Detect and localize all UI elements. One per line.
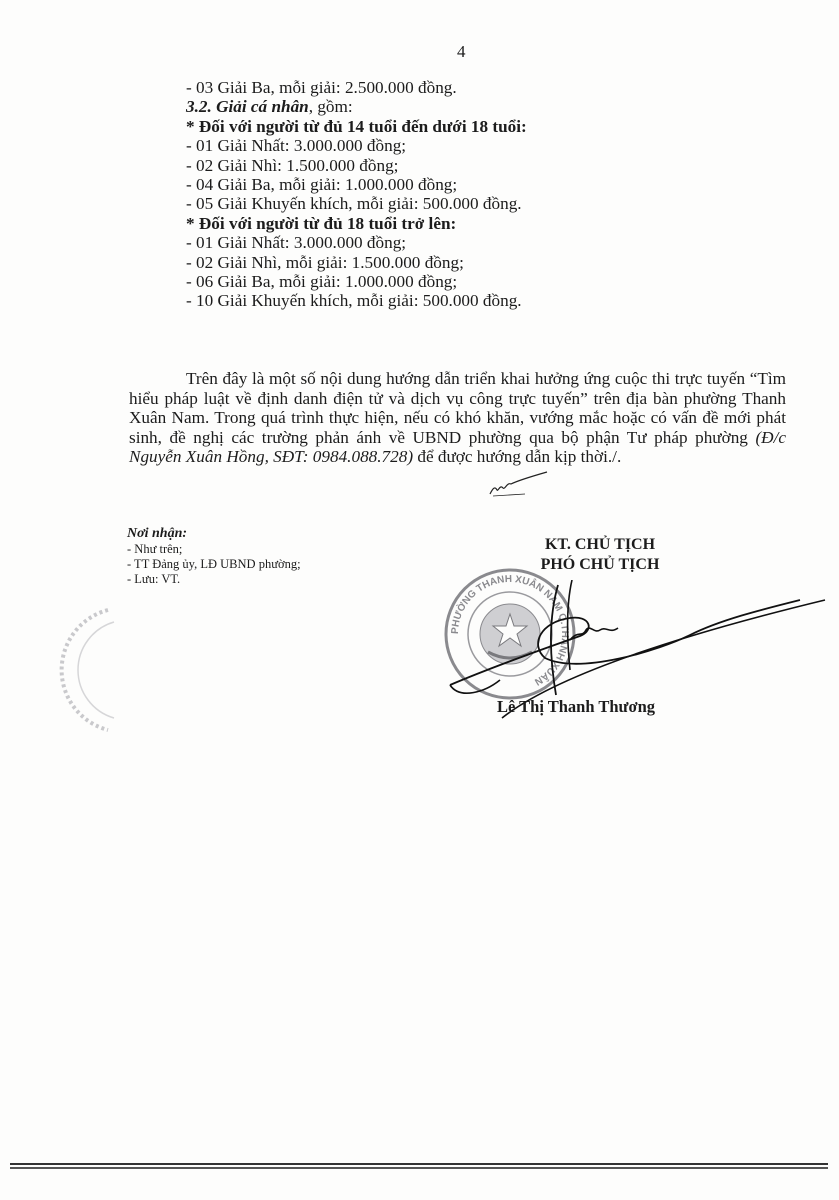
footer-rule <box>10 1163 828 1165</box>
recipient-item: - Lưu: VT. <box>127 572 301 587</box>
prize-item: - 02 Giải Nhì: 1.500.000 đồng; <box>186 156 816 175</box>
team-prize-tail: - 03 Giải Ba, mỗi giải: 2.500.000 đồng. <box>186 78 816 97</box>
prize-item: - 01 Giải Nhất: 3.000.000 đồng; <box>186 136 816 155</box>
prize-list: - 03 Giải Ba, mỗi giải: 2.500.000 đồng. … <box>186 78 816 311</box>
closing-paragraph: Trên đây là một số nội dung hướng dẫn tr… <box>129 369 786 467</box>
closing-text-end: để được hướng dẫn kịp thời./. <box>413 447 621 466</box>
group-heading: * Đối với người từ đủ 14 tuổi đến dưới 1… <box>186 117 816 136</box>
prize-item: - 01 Giải Nhất: 3.000.000 đồng; <box>186 233 816 252</box>
initial-mark-icon <box>485 470 555 500</box>
prize-item: - 06 Giải Ba, mỗi giải: 1.000.000 đồng; <box>186 272 816 291</box>
prize-item: - 05 Giải Khuyến khích, mỗi giải: 500.00… <box>186 194 816 213</box>
individual-heading-suffix: , gồm: <box>309 97 353 116</box>
individual-prize-heading: 3.2. Giải cá nhân, gồm: <box>186 97 816 116</box>
recipient-item: - TT Đảng ủy, LĐ UBND phường; <box>127 557 301 572</box>
individual-heading-label: 3.2. Giải cá nhân <box>186 97 309 116</box>
signer-name: Lê Thị Thanh Thương <box>497 697 655 717</box>
faint-stamp-icon <box>28 600 148 740</box>
prize-item: - 10 Giải Khuyến khích, mỗi giải: 500.00… <box>186 291 816 310</box>
signature-title-line1: KT. CHỦ TỊCH <box>480 535 720 555</box>
footer-rule-secondary <box>10 1167 828 1169</box>
prize-item: - 04 Giải Ba, mỗi giải: 1.000.000 đồng; <box>186 175 816 194</box>
page-number: 4 <box>457 42 466 62</box>
recipients-block: Nơi nhận: - Như trên; - TT Đảng ủy, LĐ U… <box>127 526 301 587</box>
recipient-item: - Như trên; <box>127 542 301 557</box>
prize-item: - 02 Giải Nhì, mỗi giải: 1.500.000 đồng; <box>186 253 816 272</box>
closing-text: Trên đây là một số nội dung hướng dẫn tr… <box>129 369 786 447</box>
group-heading: * Đối với người từ đủ 18 tuổi trở lên: <box>186 214 816 233</box>
recipients-title: Nơi nhận: <box>127 526 301 541</box>
